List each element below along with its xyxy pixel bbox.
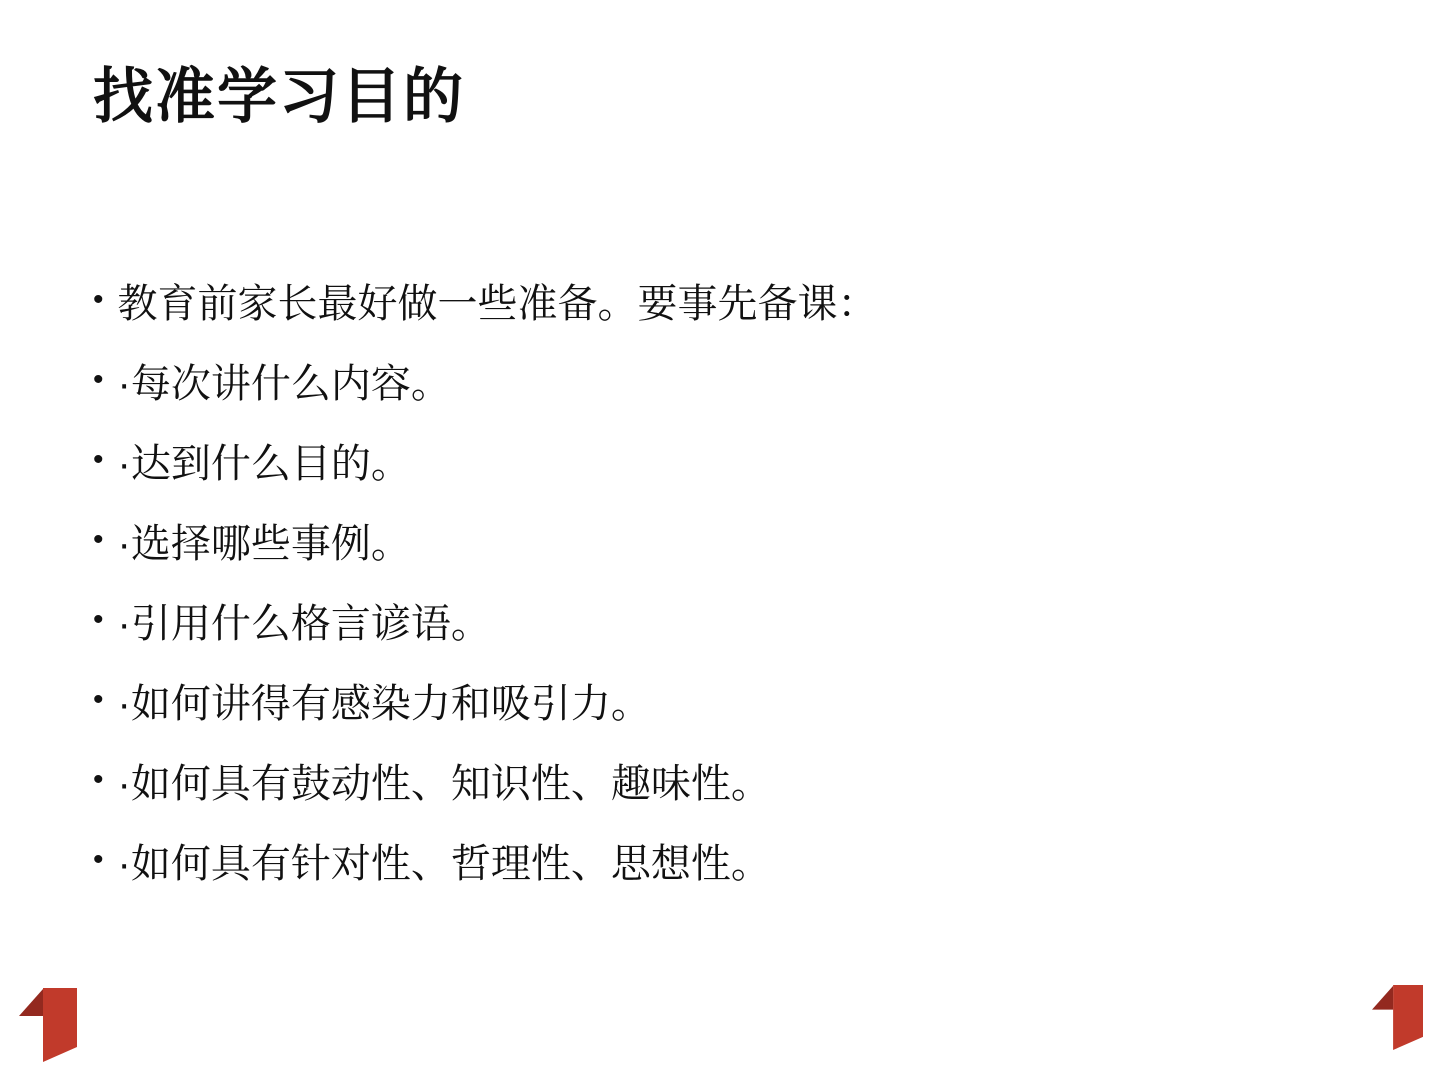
page-title: 找准学习目的 <box>93 64 465 130</box>
bullet-text: ·如何具有鼓动性、知识性、趣味性。 <box>118 752 771 809</box>
bullet-list: • 教育前家长最好做一些准备。要事先备课： • ·每次讲什么内容。 • ·达到什… <box>93 260 878 900</box>
bullet-dot-icon: • <box>93 845 104 875</box>
bottom-left-ribbon-arrow-icon <box>19 988 77 1062</box>
bullet-text: ·选择哪些事例。 <box>118 512 411 569</box>
bullet-text: ·每次讲什么内容。 <box>118 352 451 409</box>
bullet-dot-icon: • <box>93 285 104 315</box>
bullet-dot-icon: • <box>93 765 104 795</box>
list-item: • ·如何讲得有感染力和吸引力。 <box>93 660 878 740</box>
list-item: • ·选择哪些事例。 <box>93 500 878 580</box>
bullet-text: ·如何具有针对性、哲理性、思想性。 <box>118 832 771 889</box>
bullet-text: ·如何讲得有感染力和吸引力。 <box>118 672 651 729</box>
list-item: • ·如何具有鼓动性、知识性、趣味性。 <box>93 740 878 820</box>
list-item: • ·每次讲什么内容。 <box>93 340 878 420</box>
bullet-dot-icon: • <box>93 685 104 715</box>
bullet-dot-icon: • <box>93 525 104 555</box>
list-item: • ·如何具有针对性、哲理性、思想性。 <box>93 820 878 900</box>
list-item: • ·引用什么格言谚语。 <box>93 580 878 660</box>
bullet-text: ·引用什么格言谚语。 <box>118 592 491 649</box>
list-item: • 教育前家长最好做一些准备。要事先备课： <box>93 260 878 340</box>
bullet-dot-icon: • <box>93 605 104 635</box>
bullet-dot-icon: • <box>93 365 104 395</box>
bottom-right-ribbon-arrow-icon <box>1372 985 1423 1050</box>
bullet-text: ·达到什么目的。 <box>118 432 411 489</box>
slide: 找准学习目的 • 教育前家长最好做一些准备。要事先备课： • ·每次讲什么内容。… <box>0 0 1440 1080</box>
list-item: • ·达到什么目的。 <box>93 420 878 500</box>
bullet-dot-icon: • <box>93 445 104 475</box>
bullet-text: 教育前家长最好做一些准备。要事先备课： <box>118 272 878 329</box>
